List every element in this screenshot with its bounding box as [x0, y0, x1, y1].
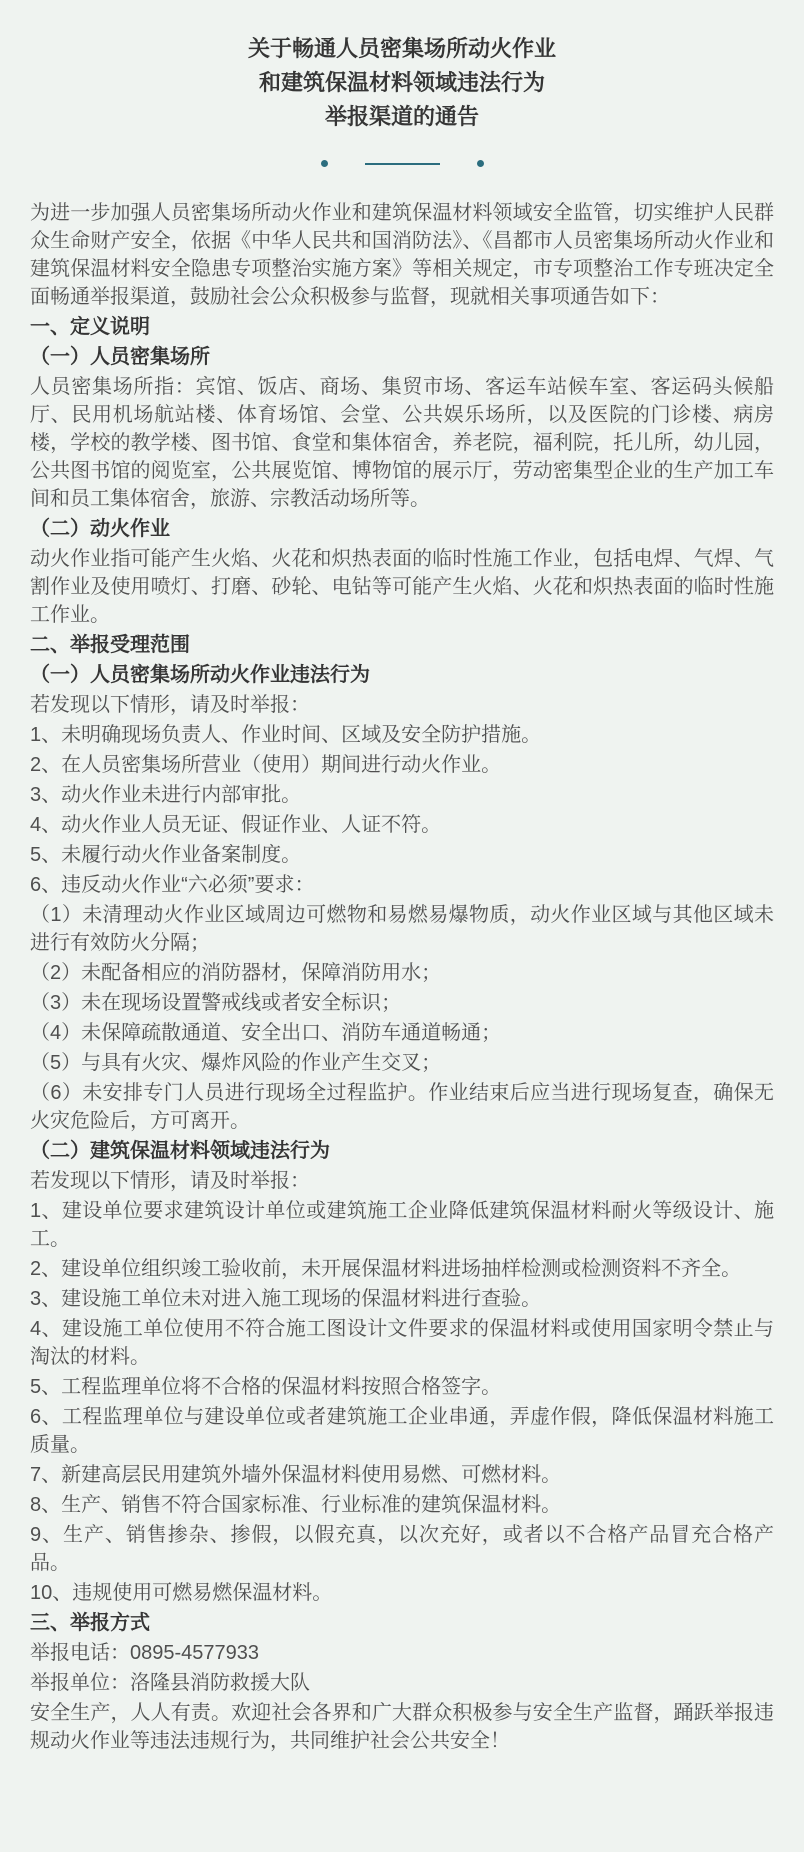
- section-1-heading: 一、定义说明: [30, 313, 774, 341]
- divider-dot-left-icon: [321, 160, 328, 167]
- report-unit-line: 举报单位：洛隆县消防救援大队: [30, 1669, 774, 1697]
- notice-document: 关于畅通人员密集场所动火作业 和建筑保温材料领域违法行为 举报渠道的通告 为进一…: [0, 0, 804, 1799]
- report-phone-value: 0895-4577933: [130, 1642, 259, 1664]
- insulation-violation-item-2: 2、建设单位组织竣工验收前，未开展保温材料进场抽样检测或检测资料不齐全。: [30, 1255, 774, 1283]
- report-unit-value: 洛隆县消防救援大队: [130, 1672, 310, 1694]
- insulation-violation-item-7: 7、新建高层民用建筑外墙外保温材料使用易燃、可燃材料。: [30, 1461, 774, 1489]
- six-must-item-4: （4）未保障疏散通道、安全出口、消防车通道畅通；: [30, 1019, 774, 1047]
- insulation-violation-item-3: 3、建设施工单位未对进入施工现场的保温材料进行查验。: [30, 1285, 774, 1313]
- hotwork-violation-item-3: 3、动火作业未进行内部审批。: [30, 781, 774, 809]
- insulation-violation-item-9: 9、生产、销售掺杂、掺假，以假充真，以次充好，或者以不合格产品冒充合格产品。: [30, 1521, 774, 1577]
- section-3-heading: 三、举报方式: [30, 1609, 774, 1637]
- subsection-1-2-heading: （二）动火作业: [30, 515, 774, 543]
- intro-paragraph: 为进一步加强人员密集场所动火作业和建筑保温材料领域安全监管，切实维护人民群众生命…: [30, 199, 774, 311]
- insulation-violation-item-6: 6、工程监理单位与建设单位或者建筑施工企业串通，弄虚作假，降低保温材料施工质量。: [30, 1403, 774, 1459]
- report-phone-line: 举报电话：0895-4577933: [30, 1639, 774, 1667]
- subsection-2-1-heading: （一）人员密集场所动火作业违法行为: [30, 661, 774, 689]
- report-unit-label: 举报单位：: [30, 1672, 130, 1694]
- section-2-heading: 二、举报受理范围: [30, 631, 774, 659]
- title-divider: [30, 160, 774, 167]
- page-title-line-1: 关于畅通人员密集场所动火作业: [30, 32, 774, 66]
- hotwork-violation-item-2: 2、在人员密集场所营业（使用）期间进行动火作业。: [30, 751, 774, 779]
- hotwork-violation-item-1: 1、未明确现场负责人、作业时间、区域及安全防护措施。: [30, 721, 774, 749]
- closing-paragraph: 安全生产，人人有责。欢迎社会各界和广大群众积极参与安全生产监督，踊跃举报违规动火…: [30, 1699, 774, 1755]
- hotwork-violation-item-6: 6、违反动火作业“六必须”要求：: [30, 871, 774, 899]
- page-title-line-2: 和建筑保温材料领域违法行为: [30, 66, 774, 100]
- hot-work-definition: 动火作业指可能产生火焰、火花和炽热表面的临时性施工作业，包括电焊、气焊、气割作业…: [30, 545, 774, 629]
- insulation-violation-item-4: 4、建设施工单位使用不符合施工图设计文件要求的保温材料或使用国家明令禁止与淘汰的…: [30, 1315, 774, 1371]
- divider-dot-right-icon: [477, 160, 484, 167]
- insulation-violation-item-1: 1、建设单位要求建筑设计单位或建筑施工企业降低建筑保温材料耐火等级设计、施工。: [30, 1197, 774, 1253]
- six-must-item-5: （5）与具有火灾、爆炸风险的作业产生交叉；: [30, 1049, 774, 1077]
- insulation-violation-item-5: 5、工程监理单位将不合格的保温材料按照合格签字。: [30, 1373, 774, 1401]
- divider-line: [365, 163, 440, 165]
- hotwork-violation-item-5: 5、未履行动火作业备案制度。: [30, 841, 774, 869]
- page-title-line-3: 举报渠道的通告: [30, 100, 774, 134]
- six-must-item-6: （6）未安排专门人员进行现场全过程监护。作业结束后应当进行现场复查，确保无火灾危…: [30, 1079, 774, 1135]
- six-must-item-2: （2）未配备相应的消防器材，保障消防用水；: [30, 959, 774, 987]
- insulation-violation-item-8: 8、生产、销售不符合国家标准、行业标准的建筑保温材料。: [30, 1491, 774, 1519]
- report-prompt-insulation: 若发现以下情形，请及时举报：: [30, 1167, 774, 1195]
- report-phone-label: 举报电话：: [30, 1642, 130, 1664]
- six-must-item-3: （3）未在现场设置警戒线或者安全标识；: [30, 989, 774, 1017]
- hotwork-violation-item-4: 4、动火作业人员无证、假证作业、人证不符。: [30, 811, 774, 839]
- subsection-1-1-heading: （一）人员密集场所: [30, 343, 774, 371]
- report-prompt-hotwork: 若发现以下情形，请及时举报：: [30, 691, 774, 719]
- page-title: 关于畅通人员密集场所动火作业 和建筑保温材料领域违法行为 举报渠道的通告: [30, 32, 774, 134]
- six-must-item-1: （1）未清理动火作业区域周边可燃物和易燃易爆物质，动火作业区域与其他区域未进行有…: [30, 901, 774, 957]
- subsection-2-2-heading: （二）建筑保温材料领域违法行为: [30, 1137, 774, 1165]
- crowded-places-definition: 人员密集场所指：宾馆、饭店、商场、集贸市场、客运车站候车室、客运码头候船厅、民用…: [30, 373, 774, 513]
- insulation-violation-item-10: 10、违规使用可燃易燃保温材料。: [30, 1579, 774, 1607]
